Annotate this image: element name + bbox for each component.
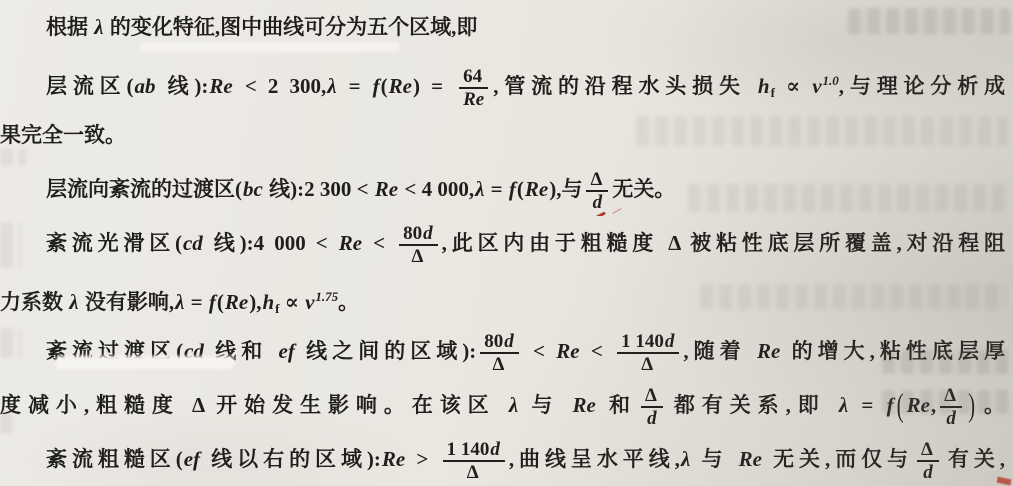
text-run: 度减小,粗糙度 Δ 开始发生影响。在该区	[0, 393, 508, 417]
text-run: 。	[977, 393, 1005, 417]
math-var-re: Re	[906, 393, 931, 417]
math-var-ab: ab	[134, 74, 157, 98]
text-run: 没有影响,	[80, 290, 175, 314]
math-var-hf: hf	[261, 290, 279, 314]
math-var-re: Re	[571, 393, 596, 417]
fraction-denominator: Δ	[637, 354, 659, 375]
math-var-re: Re	[555, 339, 580, 363]
math-var-lambda: λ	[68, 290, 79, 314]
math-var-cd: cd	[183, 339, 205, 363]
math-var-re: Re	[224, 290, 249, 314]
fraction-1140d-delta: 1 140dΔ	[617, 331, 679, 376]
math-var-ef: ef	[183, 447, 201, 471]
math-var-re: Re	[738, 447, 763, 471]
line-intro-five-regions: 根据 λ 的变化特征,图中曲线可分为五个区域,即	[0, 0, 1013, 54]
text-run: 线):2 300 <	[264, 177, 374, 201]
text-run: ,随着	[683, 339, 756, 363]
text-run: 紊流过渡区(	[46, 339, 183, 363]
fraction-numerator: Δ	[917, 439, 939, 462]
text-run: ),	[249, 290, 261, 314]
math-var-re: Re	[374, 177, 399, 201]
line-rough-zone: 紊流粗糙区(ef 线以右的区域):Re > 1 140dΔ,曲线呈水平线,λ 与…	[0, 432, 1013, 486]
text-run: 紊流粗糙区(	[46, 447, 183, 471]
math-var-v-exp: v1.75	[304, 290, 338, 314]
text-run: 线之间的区域):	[296, 339, 476, 363]
math-var-lambda: λ	[93, 15, 104, 39]
text-run: 有关,	[943, 447, 1005, 471]
text-run: 与	[519, 393, 571, 417]
fraction-delta-d-red-tick: Δd	[586, 169, 608, 214]
line-transition-bc-zone: 层流向紊流的过渡区(bc 线):2 300 < Re < 4 000,λ = f…	[0, 162, 1013, 216]
text-run: =	[185, 290, 207, 314]
text-run: 线和	[205, 339, 278, 363]
fraction-denominator: d	[588, 192, 608, 213]
text-run: ,此区内由于粗糙度 Δ 被粘性底层所覆盖,对沿程阻	[442, 231, 1005, 255]
text-run: 和	[597, 393, 637, 417]
line-smooth-cd-zone: 紊流光滑区(cd 线):4 000 < Re < 80dΔ,此区内由于粗糙度 Δ…	[0, 216, 1013, 270]
text-run: 的变化特征,图中曲线可分为五个区域,即	[105, 15, 478, 39]
fraction-denominator: Δ	[407, 246, 429, 267]
math-var-ef: ef	[278, 339, 296, 363]
text-run: 都有关系,即	[667, 393, 838, 417]
text-run: 无关,而仅与	[763, 447, 913, 471]
text-run: ) =	[413, 74, 454, 98]
fraction-64-re: 64Re	[458, 66, 489, 108]
fraction-1140d-delta: 1 140dΔ	[443, 439, 505, 484]
text-run: ,管流的沿程水头损失	[493, 74, 757, 98]
text-run: 的增大,粘性底层厚	[781, 339, 1005, 363]
text-run: 线):4 000 <	[204, 231, 338, 255]
math-var-re: Re	[388, 74, 413, 98]
text-run: 根据	[46, 15, 93, 39]
text-run: ∝	[279, 290, 304, 314]
math-var-hf: hf	[757, 74, 775, 98]
math-var-v-exp: v1.0	[811, 74, 839, 98]
big-open-paren: (	[897, 378, 904, 432]
math-var-re: Re	[756, 339, 781, 363]
text-run: =	[485, 177, 507, 201]
fraction-numerator: 1 140d	[443, 439, 505, 462]
math-var-cd: cd	[182, 231, 204, 255]
text-run: 力系数	[0, 290, 68, 314]
text-run: 线):	[157, 74, 209, 98]
fraction-denominator: d	[642, 408, 662, 429]
line-turbulent-transition-zone: 紊流过渡区(cd 线和 ef 线之间的区域):80dΔ < Re < 1 140…	[0, 324, 1013, 378]
math-var-re: Re	[208, 74, 233, 98]
text-run: <	[523, 339, 556, 363]
fraction-denominator: d	[918, 462, 938, 483]
text-run: 。	[338, 290, 359, 314]
math-var-lambda: λ	[174, 290, 185, 314]
math-var-re: Re	[381, 447, 406, 471]
text-run: 果完全一致。	[0, 123, 126, 147]
fraction-numerator: Δ	[641, 385, 663, 408]
text-run: 层流向紊流的过渡区(	[46, 177, 242, 201]
text-run: ),与	[549, 177, 582, 201]
fraction-numerator: Δ	[586, 169, 608, 192]
line-transition-continuation: 度减小,粗糙度 Δ 开始发生影响。在该区 λ 与 Re 和Δd都有关系,即 λ …	[0, 378, 1013, 432]
text-run: ,曲线呈水平线,	[509, 447, 680, 471]
math-var-lambda: λ	[508, 393, 519, 417]
text-run: (	[381, 74, 388, 98]
math-var-lambda: λ	[680, 447, 691, 471]
scanned-textbook-page: 根据 λ 的变化特征,图中曲线可分为五个区域,即 层流区(ab 线):Re < …	[0, 0, 1013, 486]
text-run: ,与理论分析成	[839, 74, 1005, 98]
fraction-numerator: 1 140d	[617, 331, 679, 354]
math-var-f: f	[372, 74, 381, 98]
fraction-delta-d: Δd	[940, 385, 962, 430]
text-run: < 2 300,	[234, 74, 326, 98]
math-var-f: f	[886, 393, 895, 417]
math-var-f: f	[208, 290, 217, 314]
big-close-paren: )	[968, 378, 975, 432]
text-run: ∝	[775, 74, 811, 98]
line-laminar-continuation: 果完全一致。	[0, 108, 1013, 162]
math-var-re: Re	[338, 231, 363, 255]
text-run: (	[217, 290, 224, 314]
text-run: =	[338, 74, 372, 98]
line-smooth-continuation: 力系数 λ 没有影响,λ = f(Re),hf ∝ v1.75。	[0, 270, 1013, 324]
text-run: 无关。	[612, 177, 675, 201]
text-run: 紊流光滑区(	[46, 231, 182, 255]
line-laminar-zone: 层流区(ab 线):Re < 2 300,λ = f(Re) = 64Re,管流…	[0, 54, 1013, 108]
fraction-numerator: 80d	[399, 223, 438, 246]
text-run: 线以右的区域):	[201, 447, 381, 471]
math-var-lambda: λ	[326, 74, 337, 98]
text-run: 与	[691, 447, 737, 471]
fraction-denominator: Δ	[489, 354, 511, 375]
text-run: (	[517, 177, 524, 201]
math-var-lambda: λ	[474, 177, 485, 201]
fraction-denominator: Re	[458, 89, 489, 108]
text-run: 层流区(	[46, 74, 134, 98]
text-run: <	[363, 231, 395, 255]
math-var-lambda: λ	[838, 393, 849, 417]
math-var-bc: bc	[242, 177, 264, 201]
text-run: =	[849, 393, 885, 417]
math-var-f: f	[508, 177, 517, 201]
text-run: <	[581, 339, 614, 363]
fraction-80d-delta: 80dΔ	[399, 223, 438, 268]
fraction-80d-delta: 80dΔ	[480, 331, 519, 376]
fraction-numerator: 64	[459, 66, 488, 89]
math-var-re: Re	[524, 177, 549, 201]
fraction-delta-d: Δd	[641, 385, 663, 430]
text-run: < 4 000,	[399, 177, 474, 201]
fraction-delta-d: Δd	[917, 439, 939, 484]
fraction-denominator: Δ	[463, 462, 485, 483]
text-run: >	[406, 447, 438, 471]
fraction-numerator: Δ	[940, 385, 962, 408]
text-run: ,	[931, 393, 936, 417]
fraction-denominator: d	[941, 408, 961, 429]
fraction-numerator: 80d	[480, 331, 519, 354]
